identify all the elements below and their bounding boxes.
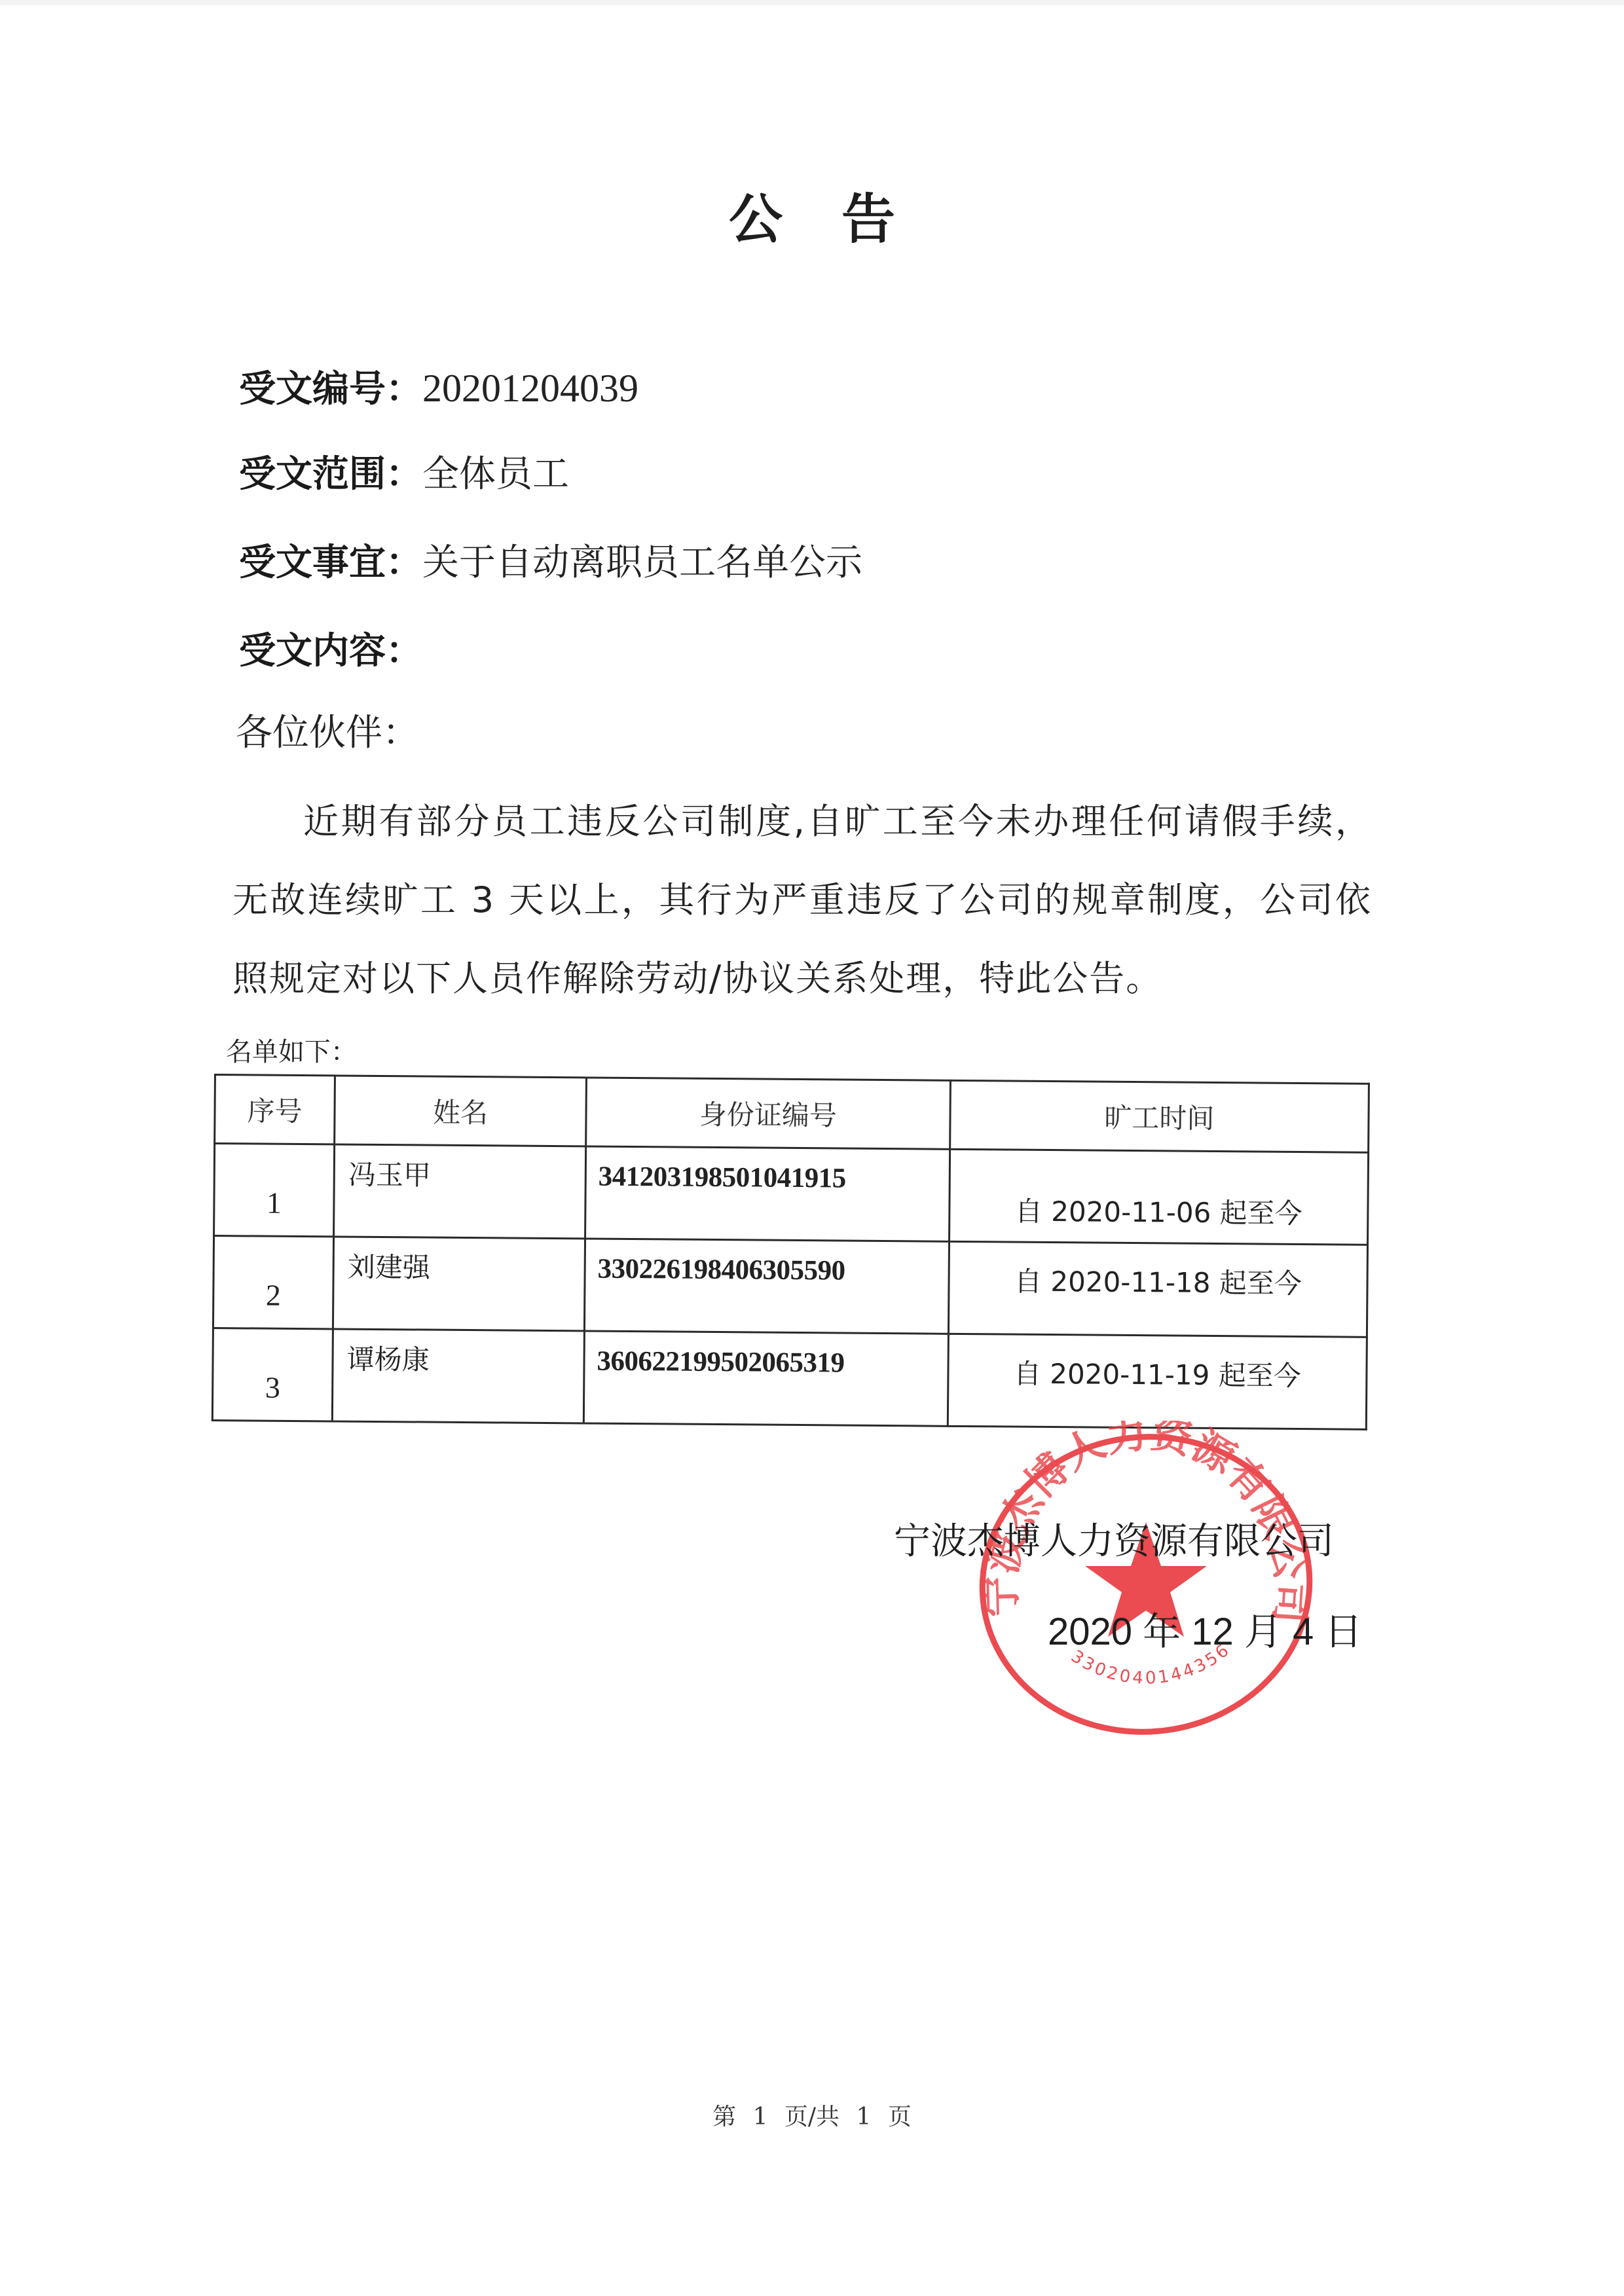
employee-table: 序号 姓名 身份证编号 旷工时间 1 冯玉甲 34120319850104191… bbox=[212, 1074, 1370, 1430]
document-page: 公告 受文编号： 20201204039 受文范围： 全体员工 受文事宜： 关于… bbox=[0, 0, 1624, 2296]
page-footer: 第 1 页/共 1 页 bbox=[0, 2098, 1624, 2132]
document-title: 公告 bbox=[0, 177, 1624, 253]
header-time: 旷工时间 bbox=[950, 1080, 1369, 1152]
scan-edge bbox=[0, 0, 1624, 5]
cell-id: 341203198501041915 bbox=[585, 1146, 950, 1241]
field-value: 关于自动离职员工名单公示 bbox=[422, 534, 862, 586]
field-label: 受文编号： bbox=[239, 360, 422, 412]
field-label: 受文事宜： bbox=[239, 534, 422, 586]
company-seal-icon: 宁波杰博人力资源有限公司 3302040144356 bbox=[950, 1421, 1342, 1735]
table-row: 1 冯玉甲 341203198501041915 自 2020-11-06 起至… bbox=[214, 1144, 1369, 1245]
field-document-number: 受文编号： 20201204039 bbox=[239, 360, 638, 412]
list-label: 名单如下： bbox=[226, 1031, 357, 1068]
field-label: 受文范围： bbox=[239, 445, 422, 498]
cell-time: 自 2020-11-19 起至今 bbox=[948, 1334, 1367, 1429]
cell-name: 冯玉甲 bbox=[334, 1144, 586, 1239]
field-value: 全体员工 bbox=[422, 445, 569, 498]
cell-id: 360622199502065319 bbox=[583, 1331, 948, 1426]
field-label: 受文内容： bbox=[239, 622, 422, 674]
header-name: 姓名 bbox=[335, 1076, 587, 1146]
field-subject: 受文事宜： 关于自动离职员工名单公示 bbox=[239, 534, 862, 586]
cell-time: 自 2020-11-18 起至今 bbox=[948, 1241, 1367, 1337]
header-id: 身份证编号 bbox=[586, 1078, 951, 1149]
signature-date: 2020 年 12 月 4 日 bbox=[1048, 1601, 1362, 1656]
cell-name: 刘建强 bbox=[333, 1237, 585, 1331]
company-signature: 宁波杰博人力资源有限公司 bbox=[894, 1512, 1334, 1565]
cell-seq: 2 bbox=[213, 1236, 333, 1329]
body-paragraph: 近期有部分员工违反公司制度,自旷工至今未办理任何请假手续，无故连续旷工 3 天以… bbox=[232, 782, 1372, 1018]
cell-id: 330226198406305590 bbox=[584, 1239, 949, 1334]
cell-seq: 3 bbox=[212, 1328, 333, 1421]
cell-time: 自 2020-11-06 起至今 bbox=[949, 1149, 1368, 1245]
table-row: 3 谭杨康 360622199502065319 自 2020-11-19 起至… bbox=[212, 1328, 1367, 1429]
table-row: 2 刘建强 330226198406305590 自 2020-11-18 起至… bbox=[213, 1236, 1367, 1338]
header-seq: 序号 bbox=[215, 1075, 335, 1144]
cell-seq: 1 bbox=[214, 1144, 335, 1237]
table-header-row: 序号 姓名 身份证编号 旷工时间 bbox=[215, 1075, 1369, 1153]
field-value: 20201204039 bbox=[422, 366, 638, 411]
field-content: 受文内容： bbox=[239, 622, 422, 674]
greeting: 各位伙伴： bbox=[236, 704, 419, 756]
field-scope: 受文范围： 全体员工 bbox=[239, 445, 569, 498]
cell-name: 谭杨康 bbox=[332, 1329, 584, 1423]
